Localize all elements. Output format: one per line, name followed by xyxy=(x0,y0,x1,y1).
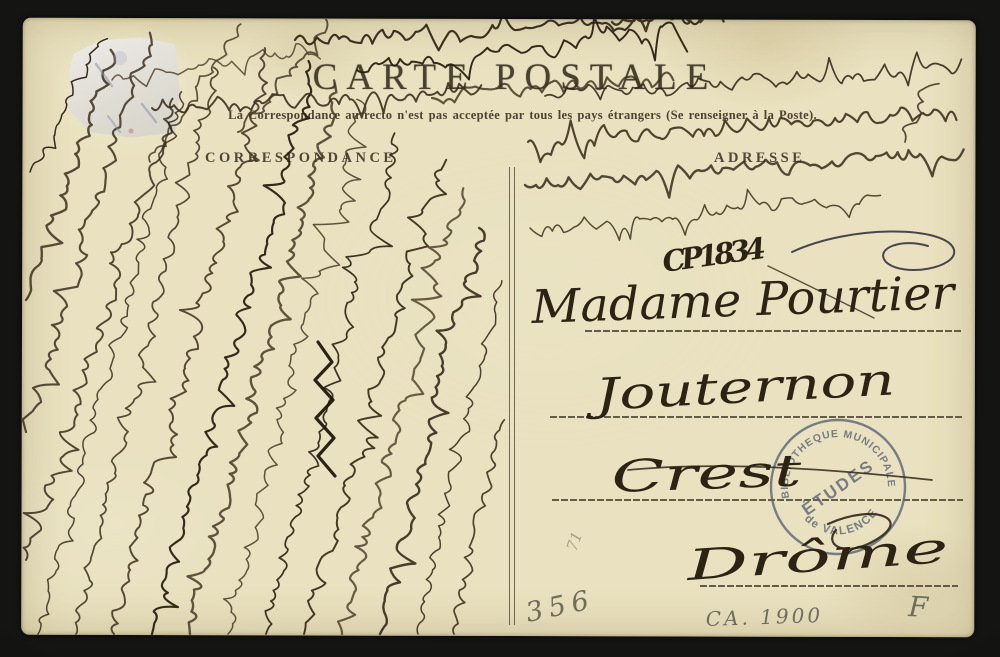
removed-stamp-patch xyxy=(66,36,181,140)
postcard-title: CARTE POSTALE xyxy=(300,56,730,99)
center-divider-line xyxy=(509,167,515,625)
postcard-notice: La Correspondance au recto n'est pas acc… xyxy=(150,108,895,123)
adresse-label: ADRESSE xyxy=(714,150,805,167)
address-ruled-line-1 xyxy=(585,330,963,332)
scanned-postcard-photo: CARTE POSTALE La Correspondance au recto… xyxy=(0,0,1000,657)
address-ruled-line-3 xyxy=(552,499,963,501)
address-ruled-line-2 xyxy=(550,416,963,418)
address-ruled-line-4 xyxy=(700,585,958,587)
correspondance-label: CORRESPONDANCE xyxy=(205,150,397,167)
